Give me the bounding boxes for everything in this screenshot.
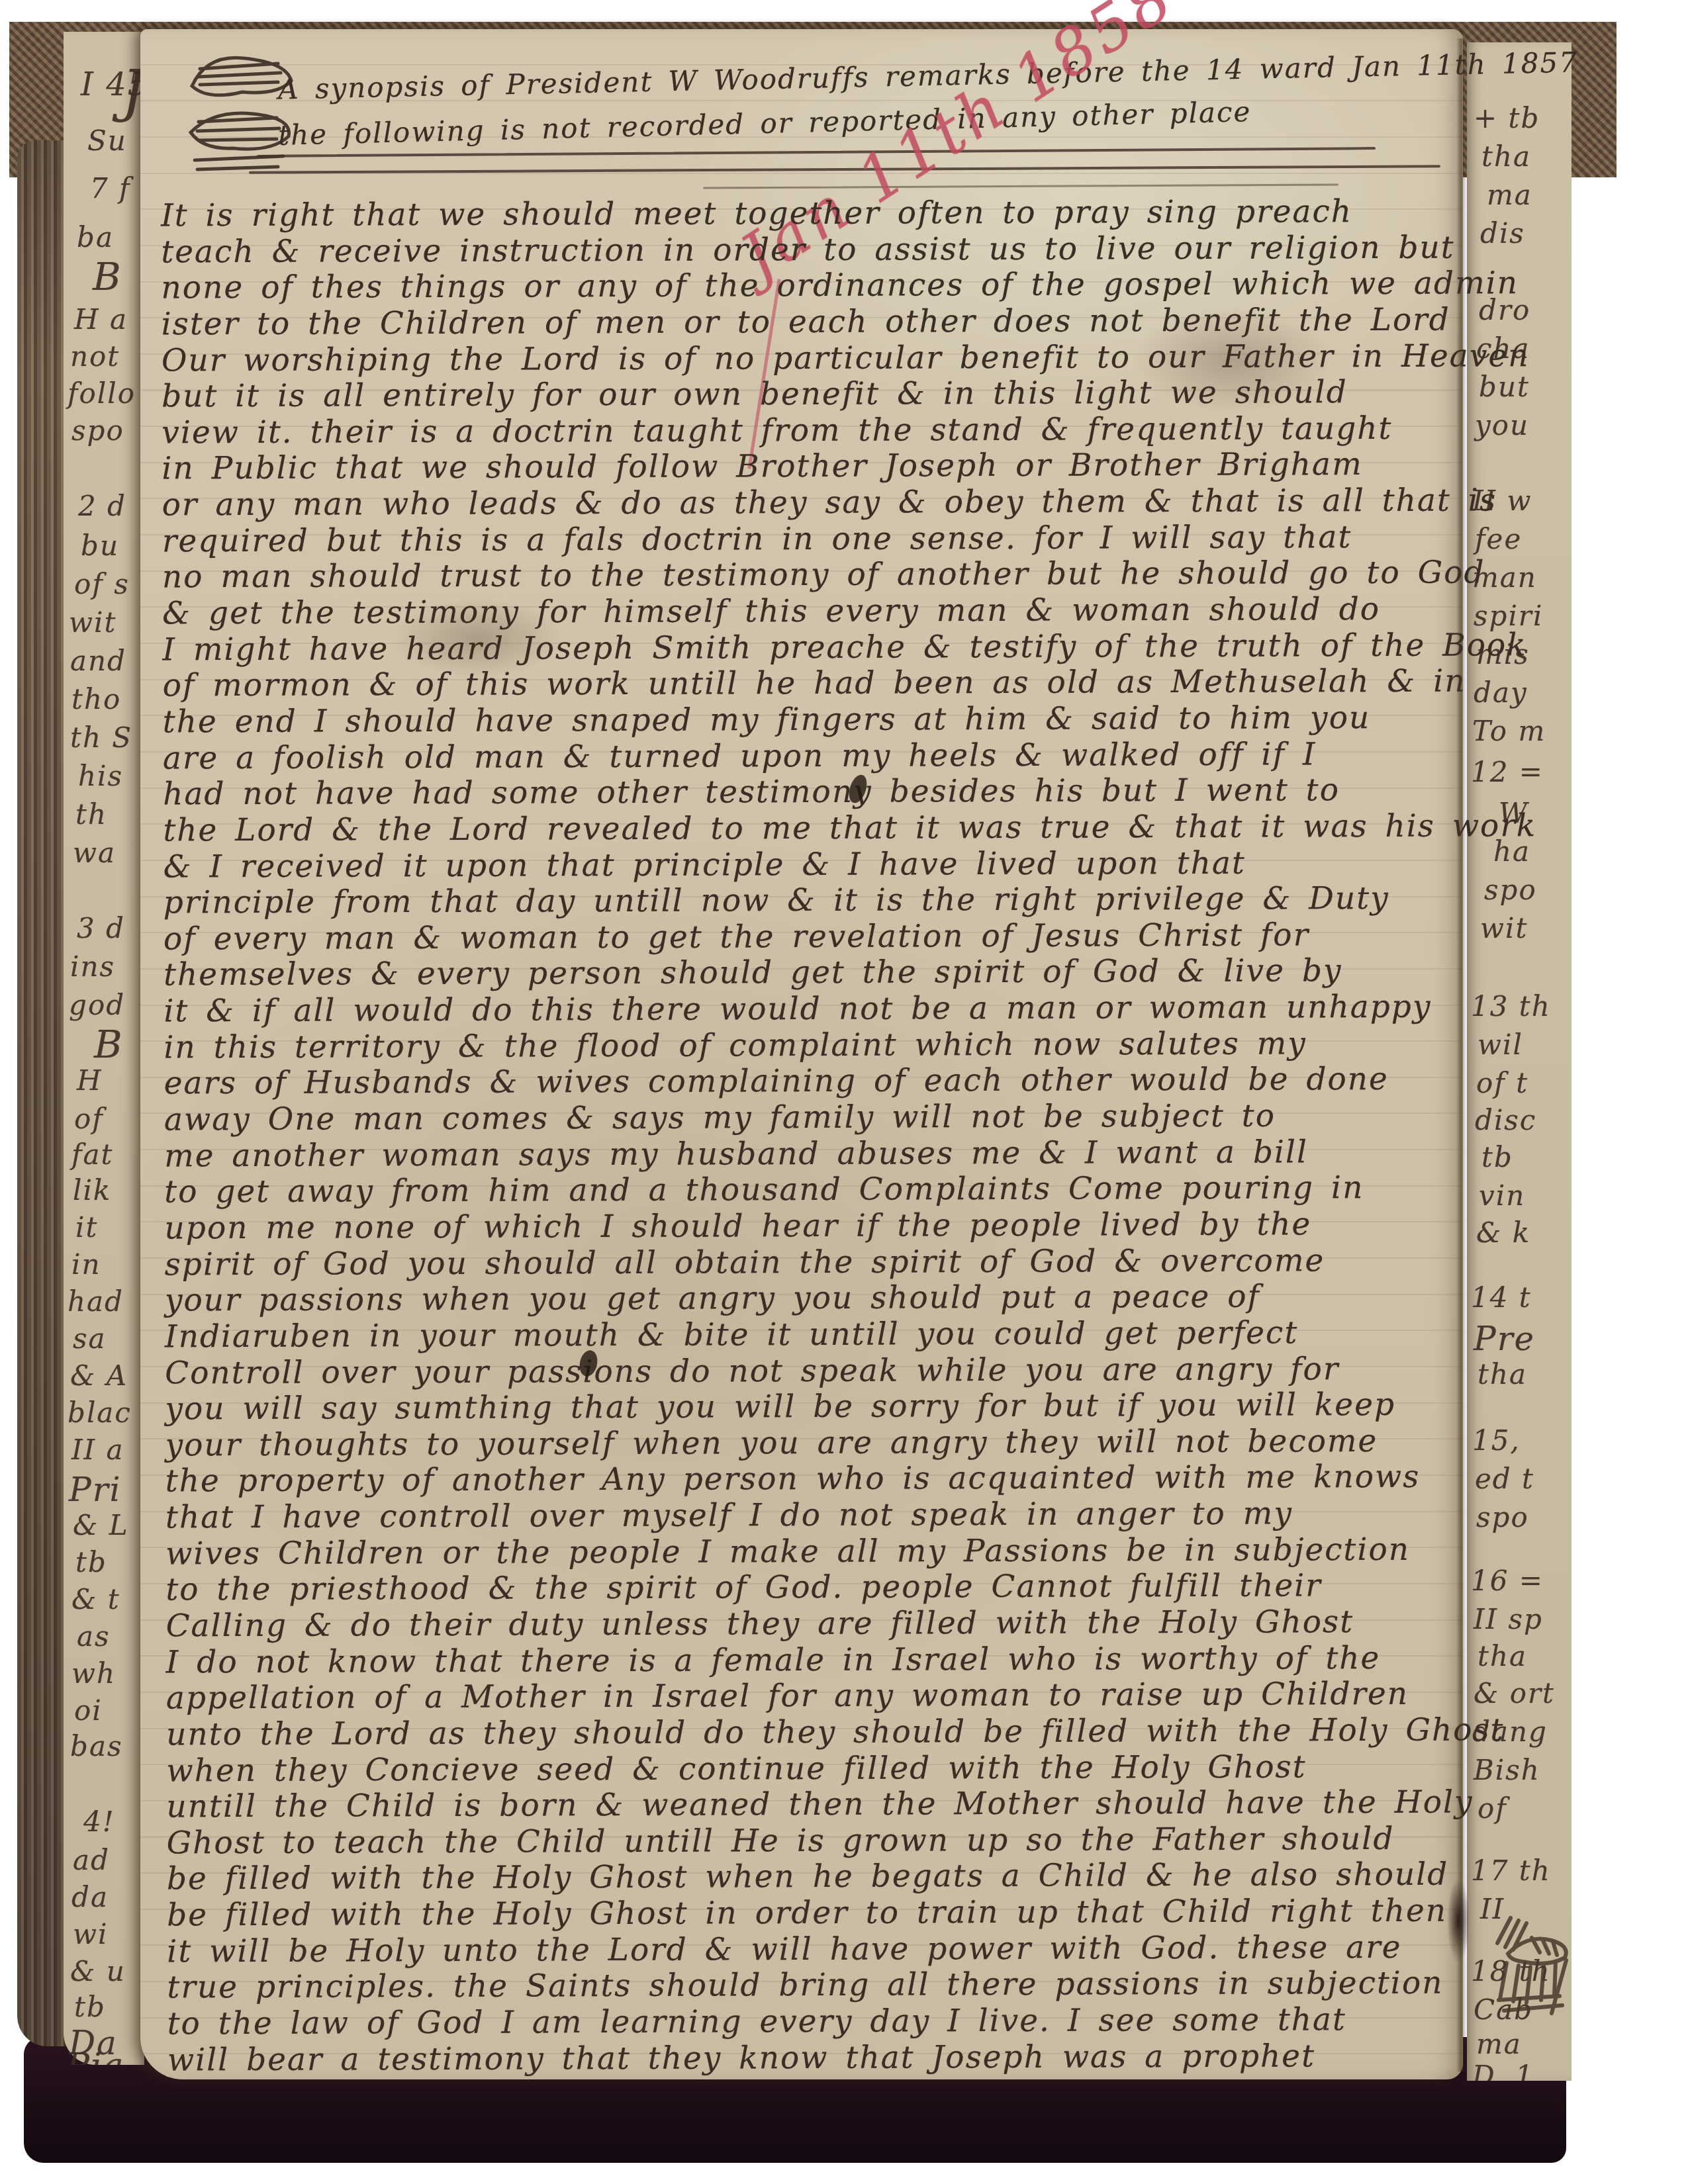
left-edge-fragment: tho	[71, 683, 121, 715]
left-edge-fragment: lik	[73, 1174, 111, 1206]
manuscript-line: Controll over your passions do not speak…	[165, 1351, 1457, 1391]
manuscript-line: you will say sumthing that you will be s…	[165, 1387, 1457, 1428]
manuscript-line: I might have heard Joseph Smith preache …	[162, 627, 1454, 668]
right-edge-fragment: 16 =	[1471, 1565, 1544, 1597]
paper-smudge	[1133, 307, 1332, 413]
manuscript-line: your thoughts to yourself when you are a…	[165, 1423, 1458, 1463]
right-edge-fragment: wil	[1477, 1028, 1523, 1061]
manuscript-line: to the law of God I am learning every da…	[167, 2002, 1460, 2042]
left-edge-fragment: Pia	[66, 2046, 125, 2065]
left-edge-fragment: & A	[70, 1359, 128, 1392]
left-edge-fragment: 4!	[83, 1805, 115, 1838]
right-edge-fragment: 13 th	[1471, 990, 1551, 1023]
right-edge-fragment: 12 =	[1471, 756, 1544, 788]
left-edge-fragment: ins	[70, 950, 115, 983]
manuscript-line: view it. their is a doctrin taught from …	[162, 410, 1454, 451]
right-edge-fragment: ma	[1487, 179, 1532, 211]
left-edge-fragment: in	[71, 1248, 101, 1281]
manuscript-line: the property of another Any person who i…	[165, 1459, 1458, 1500]
gutter-tear	[1447, 1878, 1470, 1963]
manuscript-line: in Public that we should follow Brother …	[162, 447, 1454, 487]
right-edge-fragment: 17 th	[1471, 1854, 1551, 1887]
manuscript-line: spirit of God you should all obtain the …	[165, 1242, 1457, 1283]
right-edge-fragment: fee	[1475, 523, 1522, 555]
left-edge-fragment: Pri	[69, 1471, 122, 1509]
left-edge-fragment: wit	[69, 606, 117, 639]
page-edge-stack	[17, 140, 68, 2046]
manuscript-line: true principles. the Saints should bring…	[167, 1966, 1459, 2006]
right-edge-fragment: II sp	[1474, 1603, 1543, 1635]
left-edge-fragment: 7 f	[90, 172, 131, 205]
manuscript-line: wives Children or the people I make all …	[165, 1531, 1458, 1572]
left-edge-fragment: wa	[73, 837, 116, 869]
manuscript-line: be filled with the Holy Ghost when he be…	[167, 1857, 1459, 1897]
right-edge-fragment: but	[1479, 371, 1530, 403]
right-edge-fragment: wit	[1480, 912, 1528, 944]
right-edge-fragment: tha	[1477, 1640, 1527, 1672]
header-line-2: the following is not recorded or reporte…	[278, 95, 1252, 152]
manuscript-line: Ghost to teach the Child untill He is gr…	[167, 1821, 1459, 1861]
right-edge-fragment: vin	[1479, 1179, 1525, 1212]
right-edge-fragment: tb	[1481, 1141, 1513, 1173]
manuscript-line: to get away from him and a thousand Comp…	[164, 1170, 1456, 1210]
left-edge-fragment: & u	[70, 1955, 126, 1987]
manuscript-line: unto the Lord as they should do they sho…	[166, 1712, 1458, 1752]
manuscript-line: Indiaruben in your mouth & bite it until…	[165, 1314, 1457, 1355]
right-edge-fragment: tha	[1477, 1358, 1527, 1390]
manuscript-line: to the priesthood & the spirit of God. p…	[165, 1568, 1458, 1608]
left-edge-fragment: had	[68, 1285, 124, 1318]
right-edge-fragment: D, 1	[1472, 2060, 1534, 2081]
header-rule-1	[257, 147, 1376, 158]
manuscript-line: untill the Child is born & weaned then t…	[166, 1785, 1458, 1825]
manuscript-line: when they Concieve seed & continue fille…	[166, 1749, 1458, 1789]
manuscript-line: required but this is a fals doctrin in o…	[162, 519, 1454, 559]
right-edge-fragment: Pre	[1474, 1320, 1535, 1358]
right-edge-fragment: 15,	[1472, 1424, 1521, 1457]
left-edge-fragment: & L	[73, 1509, 129, 1541]
manuscript-line: & I received it upon that principle & I …	[163, 844, 1455, 885]
manuscript-line: the Lord & the Lord revealed to me that …	[163, 808, 1455, 848]
left-edge-fragment: tb	[74, 1991, 106, 2023]
right-edge-fragment: spo	[1476, 1501, 1529, 1533]
manuscript-line: your passions when you get angry you sho…	[165, 1279, 1457, 1319]
manuscript-line: be filled with the Holy Ghost in order t…	[167, 1893, 1459, 1934]
paper-smudge	[392, 598, 564, 678]
right-edge-fragment: + tb	[1474, 102, 1540, 134]
left-edge-fragment: tb	[75, 1546, 107, 1578]
left-page-text-fragments: I 45JSu7 fbaBH anotfollospo2 dbuof swita…	[64, 32, 144, 2065]
manuscript-line: of every man & woman to get the revelati…	[164, 917, 1456, 957]
left-edge-fragment: spo	[71, 414, 124, 447]
manuscript-line: or any man who leads & do as they say & …	[162, 483, 1454, 523]
left-edge-fragment: bas	[70, 1730, 122, 1762]
right-edge-fragment: day	[1474, 676, 1528, 709]
manuscript-line: none of thes things or any of the ordina…	[161, 266, 1453, 306]
left-edge-fragment: & t	[71, 1583, 120, 1615]
header-line-1: A synopsis of President W Woodruffs rema…	[278, 46, 1579, 105]
left-edge-fragment: blac	[68, 1396, 132, 1429]
manuscript-line: that I have controll over myself I do no…	[165, 1496, 1458, 1536]
left-edge-fragment: bu	[81, 529, 119, 562]
right-edge-fragment: & k	[1476, 1216, 1530, 1249]
left-edge-fragment: th	[75, 798, 107, 831]
pen-doodle-bottom-right	[1488, 1914, 1581, 2020]
manuscript-line: will bear a testimony that they know tha…	[167, 2038, 1460, 2078]
manuscript-line: are a foolish old man & turned upon my h…	[163, 736, 1455, 776]
left-edge-fragment: B	[94, 1022, 124, 1067]
right-edge-fragment: tha	[1481, 140, 1531, 173]
manuscript-line: I do not know that there is a female in …	[166, 1640, 1458, 1680]
manuscript-line: it will be Holy unto the Lord & will hav…	[167, 1929, 1459, 1970]
right-edge-fragment: To m	[1472, 715, 1546, 747]
right-edge-fragment: spo	[1484, 874, 1537, 906]
header-flourish-doodle	[179, 48, 308, 180]
manuscript-photo: I 45JSu7 fbaBH anotfollospo2 dbuof swita…	[0, 0, 1688, 2184]
left-edge-fragment: oi	[74, 1694, 103, 1727]
left-edge-fragment: B	[93, 254, 122, 299]
right-edge-fragment: 14 t	[1471, 1281, 1532, 1314]
manuscript-line: themselves & every person should get the…	[164, 953, 1456, 993]
right-edge-fragment: ed t	[1475, 1463, 1534, 1495]
left-edge-fragment: Su	[87, 124, 127, 157]
manuscript-line: & get the testimony for himself this eve…	[162, 592, 1454, 632]
manuscript-body: It is right that we should meet together…	[161, 194, 1460, 2079]
left-edge-fragment: II a	[71, 1433, 124, 1466]
right-edge-fragment: of t	[1476, 1067, 1528, 1099]
manuscript-line: teach & receive instruction in order to …	[161, 230, 1453, 270]
main-page: A synopsis of President W Woodruffs rema…	[140, 29, 1463, 2079]
left-edge-fragment: follo	[68, 377, 136, 410]
left-edge-fragment: god	[69, 989, 125, 1021]
left-edge-fragment: 2 d	[78, 490, 126, 522]
right-edge-fragment: you	[1475, 409, 1529, 441]
manuscript-line: of mormon & of this work untill he had b…	[163, 664, 1455, 704]
left-edge-fragment: 3 d	[77, 912, 125, 944]
manuscript-line: appellation of a Mother in Israel for an…	[166, 1676, 1458, 1717]
left-edge-fragment: of s	[74, 568, 130, 600]
left-edge-fragment: as	[77, 1620, 111, 1653]
manuscript-line: ears of Husbands & wives complaining of …	[164, 1062, 1456, 1102]
right-edge-fragment: ma	[1476, 2028, 1522, 2060]
manuscript-line: had not have had some other testimony be…	[163, 772, 1455, 813]
right-edge-fragment: disc	[1475, 1104, 1536, 1136]
left-edge-fragment: th S	[70, 721, 132, 754]
left-edge-fragment: wh	[71, 1657, 116, 1690]
left-edge-fragment: fat	[71, 1138, 113, 1171]
left-edge-fragment: ba	[77, 221, 114, 253]
manuscript-line: principle from that day untill now & it …	[164, 881, 1456, 921]
manuscript-line: upon me none of which I should hear if t…	[164, 1206, 1456, 1247]
manuscript-line: away One man comes & says my family will…	[164, 1098, 1456, 1138]
left-edge-fragment: sa	[73, 1322, 107, 1355]
right-edge-fragment: Bish	[1474, 1754, 1540, 1786]
manuscript-line: it & if all would do this there would no…	[164, 989, 1456, 1030]
manuscript-line: the end I should have snaped my fingers …	[163, 700, 1455, 741]
left-edge-fragment: of	[74, 1103, 104, 1135]
right-edge-fragment: & ort	[1474, 1677, 1555, 1709]
left-edge-fragment: wi	[73, 1918, 108, 1950]
left-edge-fragment: not	[70, 340, 120, 373]
left-edge-fragment: his	[78, 760, 123, 792]
right-edge-fragment: of	[1477, 1792, 1507, 1825]
manuscript-line: in this territory & the flood of complai…	[164, 1025, 1456, 1066]
left-edge-fragment: H a	[74, 303, 128, 336]
manuscript-line: no man should trust to the testimony of …	[162, 555, 1454, 596]
page-gutter-crease	[1456, 38, 1467, 2071]
left-edge-fragment: da	[71, 1881, 109, 1913]
left-edge-fragment: it	[75, 1211, 98, 1244]
left-edge-fragment: and	[70, 645, 126, 677]
manuscript-line: me another woman says my husband abuses …	[164, 1134, 1456, 1174]
manuscript-line: It is right that we should meet together…	[161, 194, 1453, 234]
left-edge-fragment: H	[77, 1064, 103, 1097]
manuscript-line: Calling & do their duty unless they are …	[165, 1604, 1458, 1645]
left-edge-fragment: ad	[73, 1844, 110, 1876]
right-edge-fragment: dis	[1480, 217, 1525, 250]
